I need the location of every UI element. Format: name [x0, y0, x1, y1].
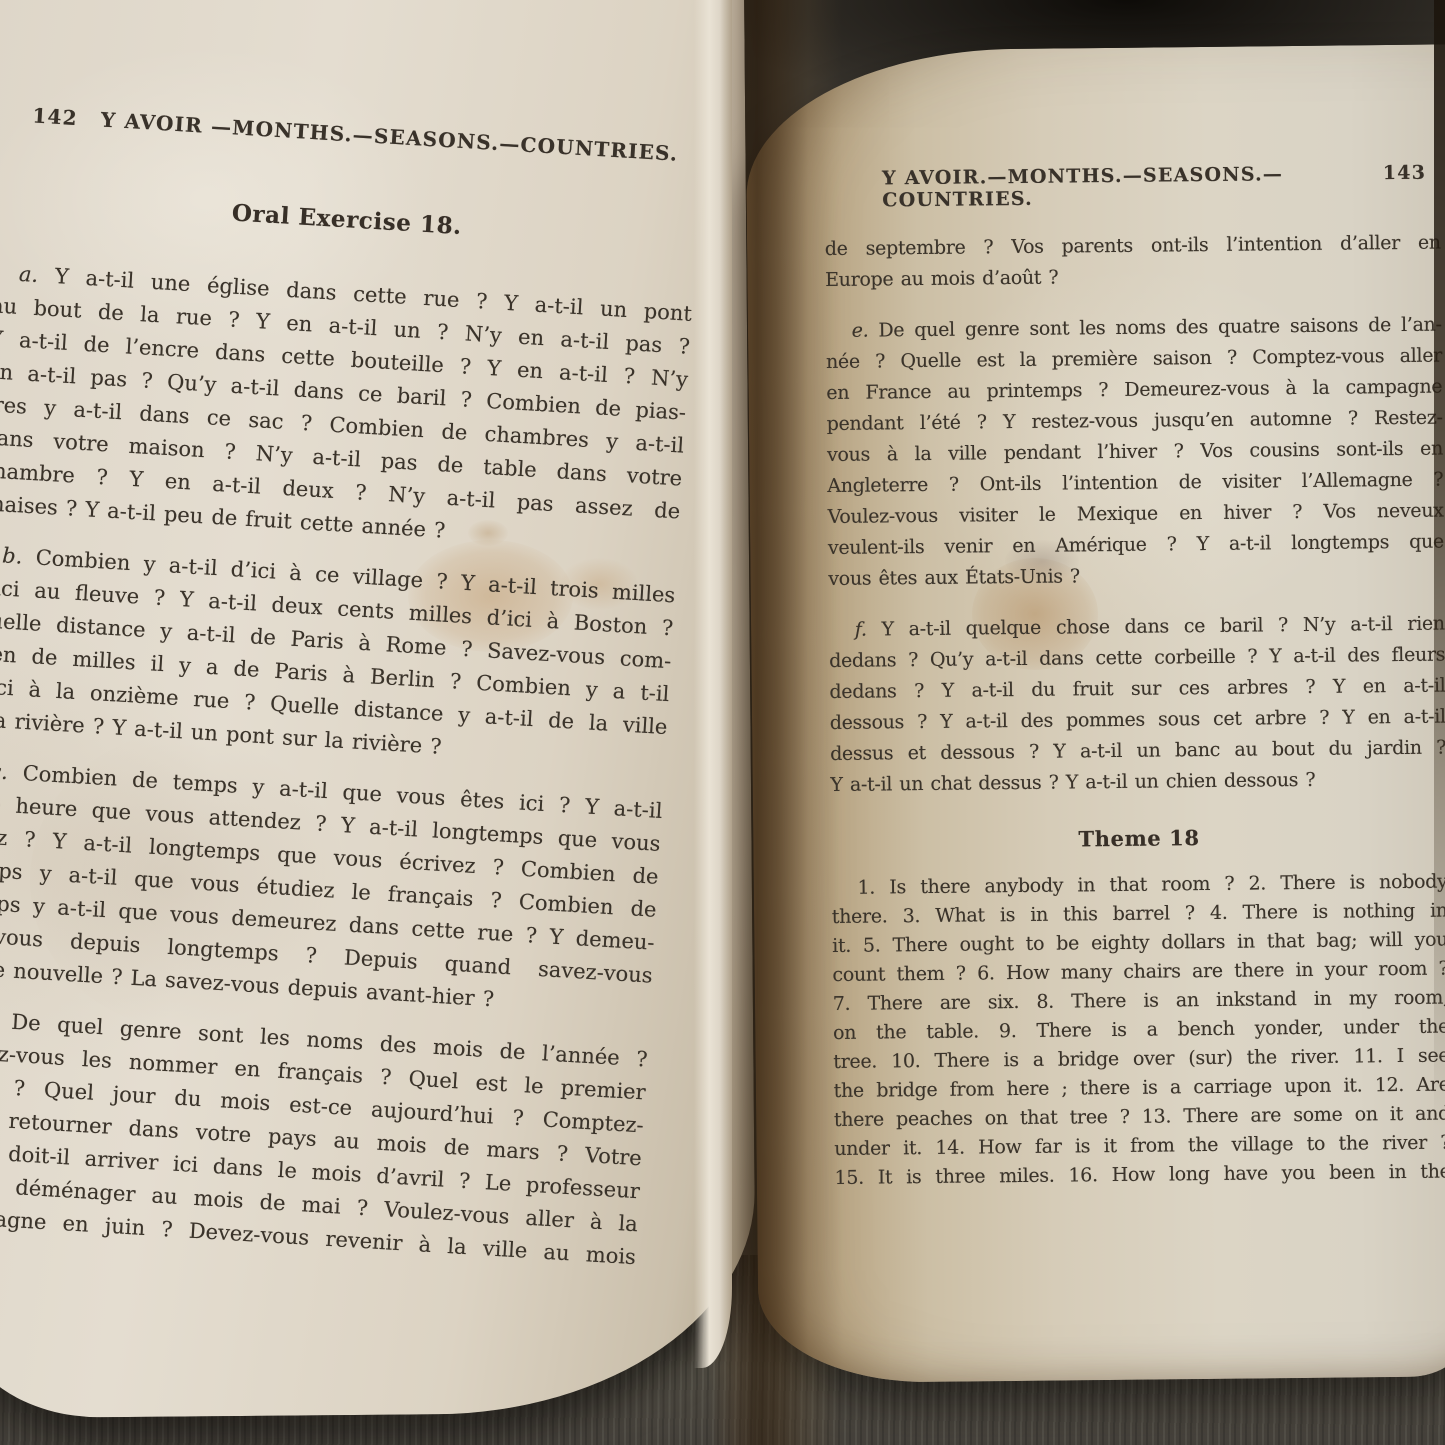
text-line: vous êtes aux États-Unis ? — [828, 558, 1444, 595]
left-page-number: 142 — [2, 102, 79, 130]
text-line: Europe au mois d’août ? — [825, 259, 1441, 296]
paragraph-b: b. Combien y a-t-il d’ici à ce village ?… — [0, 538, 676, 777]
text-line: Y a-t-il un chat dessus ? Y a-t-il un ch… — [830, 764, 1445, 801]
theme-title: Theme 18 — [831, 823, 1445, 854]
theme-paragraph: 1. Is there anybody in that room ? 2. Th… — [831, 868, 1445, 1193]
right-page-number: 143 — [1383, 162, 1440, 185]
book-edge-right — [1434, 0, 1445, 1445]
paragraph-d-continuation: de septembre ? Vos parents ont-ils l’int… — [825, 228, 1442, 296]
text-line: veulent-ils venir en Amérique ? Y a-t-il… — [828, 527, 1444, 564]
paragraph-a: a. Y a-t-il une église dans cette rue ? … — [0, 256, 693, 561]
paragraph-d: d. De quel genre sont les noms des mois … — [0, 1002, 649, 1274]
right-header-text: Y AVOIR.—MONTHS.—SEASONS.— COUNTRIES. — [882, 162, 1383, 211]
text-line: de septembre ? Vos parents ont-ils l’int… — [825, 228, 1441, 265]
right-running-header: Y AVOIR.—MONTHS.—SEASONS.— COUNTRIES. 14… — [824, 162, 1440, 212]
left-page-content: 142 Y AVOIR —MONTHS.—SEASONS.—COUNTRIES.… — [0, 102, 702, 1275]
paragraph-c: c. Combien de temps y a-t-il que vous êt… — [0, 754, 663, 1026]
oral-exercise-title: Oral Exercise 18. — [0, 186, 697, 254]
paragraph-f: f. Y a-t-il quelque chose dans ce baril … — [829, 609, 1445, 801]
paragraph-e: e. De quel genre sont les noms des quatr… — [826, 310, 1445, 595]
right-page-content: Y AVOIR.—MONTHS.—SEASONS.— COUNTRIES. 14… — [824, 162, 1445, 1193]
open-book-photo: 142 Y AVOIR —MONTHS.—SEASONS.—COUNTRIES.… — [0, 0, 1445, 1445]
text-line: dessus et dessous ? Y a-t-il un banc au … — [830, 733, 1445, 770]
